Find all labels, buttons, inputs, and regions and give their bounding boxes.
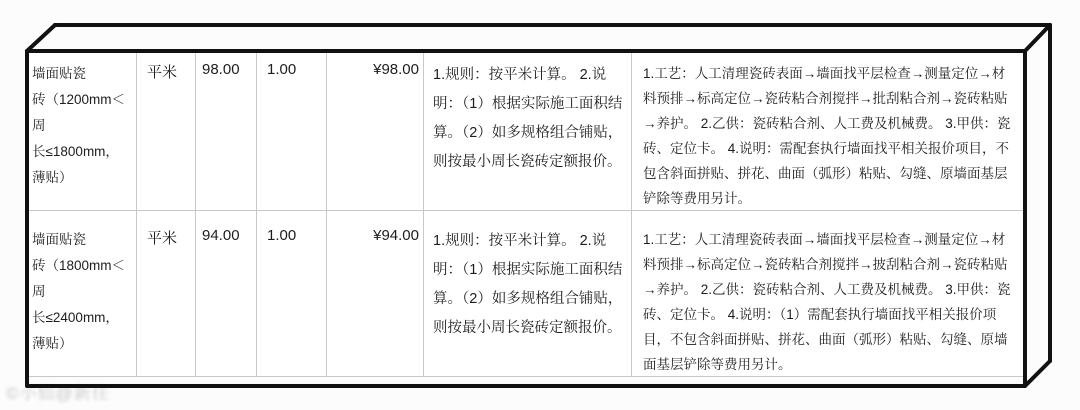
frame-topright-bevel — [1025, 25, 1050, 51]
quantity-cell: 1.00 — [257, 211, 327, 376]
unit-price-cell: 98.00 — [196, 53, 257, 210]
price-table: 墙面贴瓷 砖（1200mm＜ 周 长≤1800mm， 薄贴） 平米 98.00 … — [29, 53, 1023, 377]
unit-cell: 平米 — [137, 211, 196, 376]
table-row: 墙面贴瓷 砖（1200mm＜ 周 长≤1800mm， 薄贴） 平米 98.00 … — [29, 53, 1023, 211]
watermark: ©小仙@新住 — [6, 379, 110, 404]
item-name-cell: 墙面贴瓷 砖（1800mm＜ 周 长≤2400mm， 薄贴） — [29, 211, 137, 376]
pricing-rules-cell: 1.规则：按平米计算。 2.说明：（1）根据实际施工面积结算。（2）如多规格组合… — [424, 211, 632, 376]
total-price-cell: ¥98.00 — [327, 53, 424, 210]
pricing-rules-cell: 1.规则：按平米计算。 2.说明：（1）根据实际施工面积结算。（2）如多规格组合… — [424, 53, 632, 210]
item-name-cell: 墙面贴瓷 砖（1200mm＜ 周 长≤1800mm， 薄贴） — [29, 53, 137, 210]
table-row: 墙面贴瓷 砖（1800mm＜ 周 长≤2400mm， 薄贴） 平米 94.00 … — [29, 211, 1023, 377]
process-description-cell: 1.工艺：人工清理瓷砖表面→墙面找平层检查→测量定位→材料预排→标高定位→瓷砖粘… — [632, 53, 1023, 210]
frame-bottomright-bevel — [1025, 361, 1050, 386]
unit-price-cell: 94.00 — [196, 211, 257, 376]
price-list-screenshot: 墙面贴瓷 砖（1200mm＜ 周 长≤1800mm， 薄贴） 平米 98.00 … — [0, 0, 1080, 410]
frame-topleft-bevel — [27, 25, 55, 51]
unit-cell: 平米 — [137, 53, 196, 210]
total-price-cell: ¥94.00 — [327, 211, 424, 376]
process-description-cell: 1.工艺：人工清理瓷砖表面→墙面找平层检查→测量定位→材料预排→标高定位→瓷砖粘… — [632, 211, 1023, 376]
quantity-cell: 1.00 — [257, 53, 327, 210]
